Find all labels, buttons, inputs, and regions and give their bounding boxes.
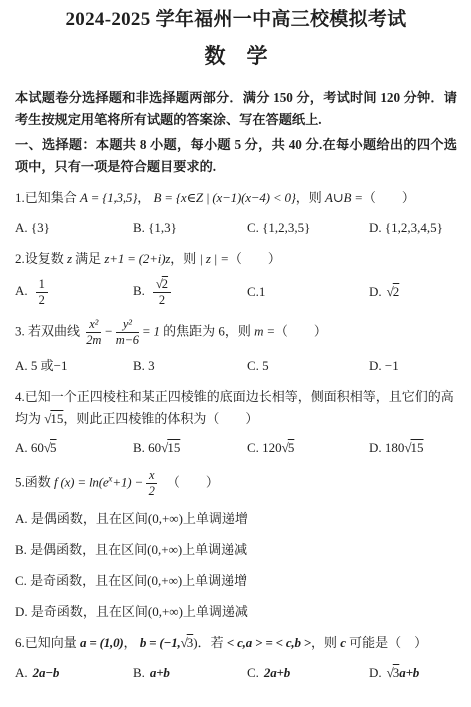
q4-options: A. 60√5 B. 60√15 C. 120√5 D. 180√15 — [15, 437, 457, 459]
stem-text: )． — [193, 635, 210, 650]
option-b: B. 60√15 — [133, 437, 247, 459]
stem-text: 若 — [211, 635, 227, 650]
q6-options: A.2a−b B.a+b C.2a+b D.√3a+b — [15, 662, 457, 684]
math-expr: = 1 — [142, 323, 160, 338]
option-d: D. 是奇函数，且在区间(0,+∞)上单调递减 — [15, 601, 457, 623]
option-c: C. 120√5 — [247, 437, 369, 459]
stem-text: 3. 若双曲线 — [15, 323, 83, 338]
radicand: 15 — [411, 440, 424, 455]
page-title: 2024-2025 学年福州一中高三校模拟考试 — [15, 8, 457, 33]
math-expr: − — [104, 323, 113, 338]
option-a: A.2a−b — [15, 662, 133, 684]
option-b: B.a+b — [133, 662, 247, 684]
q3-options: A. 5 或−1 B. 3 C. 5 D. −1 — [15, 355, 457, 377]
question-6: 6.已知向量 a = (1,0)， b = (−1,√3)．若 < c,a > … — [15, 632, 457, 683]
stem-text: ，则 — [170, 251, 199, 266]
stem-text: ，则 — [296, 190, 325, 205]
stem-text: 6.已知向量 — [15, 635, 80, 650]
option-a: A. 是偶函数，且在区间(0,+∞)上单调递增 — [15, 508, 457, 530]
answer-blank: （ ） — [363, 190, 415, 205]
math-expr: +1) − — [112, 475, 143, 490]
math-expr: < c,a > = < c,b > — [227, 635, 311, 650]
sqrt-expr: √3 — [181, 635, 194, 650]
math-expr: A∪B = — [325, 190, 363, 205]
radicand: 15 — [167, 440, 180, 455]
option-c: C. 是奇函数，且在区间(0,+∞)上单调递增 — [15, 570, 457, 592]
stem-text: ，则此正四棱锥的体积为（ ） — [63, 411, 258, 426]
question-1: 1.已知集合 A = {1,3,5}， B = {x∈Z | (x−1)(x−4… — [15, 187, 457, 238]
fraction: √22 — [153, 277, 171, 308]
q1-options: A. {3} B. {1,3} C. {1,2,3,5} D. {1,2,3,4… — [15, 217, 457, 239]
option-b: B. 3 — [133, 355, 247, 377]
radicand: 15 — [50, 411, 63, 426]
option-d: D. −1 — [369, 355, 457, 377]
fraction: y²m−6 — [116, 317, 139, 348]
fraction: x2 — [146, 468, 157, 499]
answer-blank: 可能是（ ） — [346, 635, 427, 650]
option-c: C.1 — [247, 281, 369, 303]
option-b: B.√22 — [133, 277, 247, 308]
sqrt-expr: √15 — [44, 411, 63, 426]
question-3: 3. 若双曲线 x²2m−y²m−6= 1 的焦距为 6，则 m =（ ） A.… — [15, 317, 457, 377]
stem-text: ， — [124, 635, 140, 650]
exam-page: 2024-2025 学年福州一中高三校模拟考试 数 学 本试题卷分选择题和非选择… — [0, 0, 471, 684]
math-expr: 2a−b — [33, 665, 60, 680]
stem-text: 1.已知集合 — [15, 190, 80, 205]
stem-text: 2.设复数 — [15, 251, 67, 266]
option-label: D. — [369, 665, 382, 680]
option-label: B. — [133, 665, 145, 680]
subject-title: 数 学 — [15, 40, 457, 70]
option-label: A. — [15, 283, 28, 298]
math-expr: f (x) = ln(e — [54, 475, 108, 490]
math-expr: z+1 = (2+i)z — [104, 251, 170, 266]
option-a: A. {3} — [15, 217, 133, 239]
answer-blank: （ ） — [275, 323, 327, 338]
option-a: A. 5 或−1 — [15, 355, 133, 377]
option-c: C.2a+b — [247, 662, 369, 684]
question-4: 4.已知一个正四棱柱和某正四棱锥的底面边长相等，侧面积相等，且它们的高均为 √1… — [15, 386, 457, 459]
option-d: D.√2 — [369, 281, 457, 303]
option-c: C. 5 — [247, 355, 369, 377]
stem-text: 5.函数 — [15, 475, 54, 490]
answer-blank: （ ） — [160, 475, 219, 490]
math-expr: 2a+b — [264, 665, 290, 680]
exam-intro: 本试题卷分选择题和非选择题两部分．满分 150 分，考试时间 120 分钟．请考… — [15, 87, 457, 132]
option-label: C. — [247, 665, 259, 680]
answer-blank: （ ） — [229, 251, 281, 266]
option-d: D.√3a+b — [369, 662, 457, 684]
option-label: D. — [369, 284, 382, 299]
option-label: A. — [15, 665, 28, 680]
question-5: 5.函数 f (x) = ln(ex+1) −x2 （ ） A. 是偶函数，且在… — [15, 468, 457, 623]
question-stem: 6.已知向量 a = (1,0)， b = (−1,√3)．若 < c,a > … — [15, 632, 457, 654]
option-a: A. 60√5 — [15, 437, 133, 459]
radicand: 5 — [50, 440, 57, 455]
section-header: 一、选择题：本题共 8 小题，每小题 5 分，共 40 分.在每小题给出的四个选… — [15, 134, 457, 179]
option-c: C. {1,2,3,5} — [247, 217, 369, 239]
math-expr: a+b — [150, 665, 170, 680]
option-b: B. {1,3} — [133, 217, 247, 239]
option-label: B. — [133, 283, 145, 298]
stem-text: ， — [137, 190, 153, 205]
option-a: A.12 — [15, 277, 133, 308]
stem-text: 满足 — [72, 251, 105, 266]
fraction: 12 — [36, 277, 48, 308]
radicand: 2 — [162, 277, 168, 291]
q2-options: A.12 B.√22 C.1 D.√2 — [15, 277, 457, 308]
option-d: D. {1,2,3,4,5} — [369, 217, 457, 239]
radicand: 2 — [393, 284, 400, 299]
math-expr: a+b — [399, 665, 419, 680]
option-b: B. 是偶函数，且在区间(0,+∞)上单调递减 — [15, 539, 457, 561]
math-expr: a = (1,0) — [80, 635, 124, 650]
stem-text: ，则 — [311, 635, 340, 650]
math-expr: A = {1,3,5} — [80, 190, 137, 205]
question-stem: 3. 若双曲线 x²2m−y²m−6= 1 的焦距为 6，则 m =（ ） — [15, 317, 457, 348]
option-d: D. 180√15 — [369, 437, 457, 459]
question-2: 2.设复数 z 满足 z+1 = (2+i)z，则 | z | =（ ） A.1… — [15, 248, 457, 308]
question-stem: 1.已知集合 A = {1,3,5}， B = {x∈Z | (x−1)(x−4… — [15, 187, 457, 209]
math-expr: b = (−1, — [140, 635, 181, 650]
question-stem: 5.函数 f (x) = ln(ex+1) −x2 （ ） — [15, 468, 457, 499]
stem-text: 的焦距为 6，则 — [160, 323, 254, 338]
fraction: x²2m — [86, 317, 101, 348]
question-stem: 4.已知一个正四棱柱和某正四棱锥的底面边长相等，侧面积相等，且它们的高均为 √1… — [15, 386, 457, 430]
radicand: 5 — [288, 440, 295, 455]
sqrt-expr: √2 — [387, 284, 400, 299]
math-expr: B = {x∈Z | (x−1)(x−4) < 0} — [153, 190, 295, 205]
math-expr: m = — [254, 323, 275, 338]
math-expr: | z | = — [199, 251, 228, 266]
question-stem: 2.设复数 z 满足 z+1 = (2+i)z，则 | z | =（ ） — [15, 248, 457, 270]
